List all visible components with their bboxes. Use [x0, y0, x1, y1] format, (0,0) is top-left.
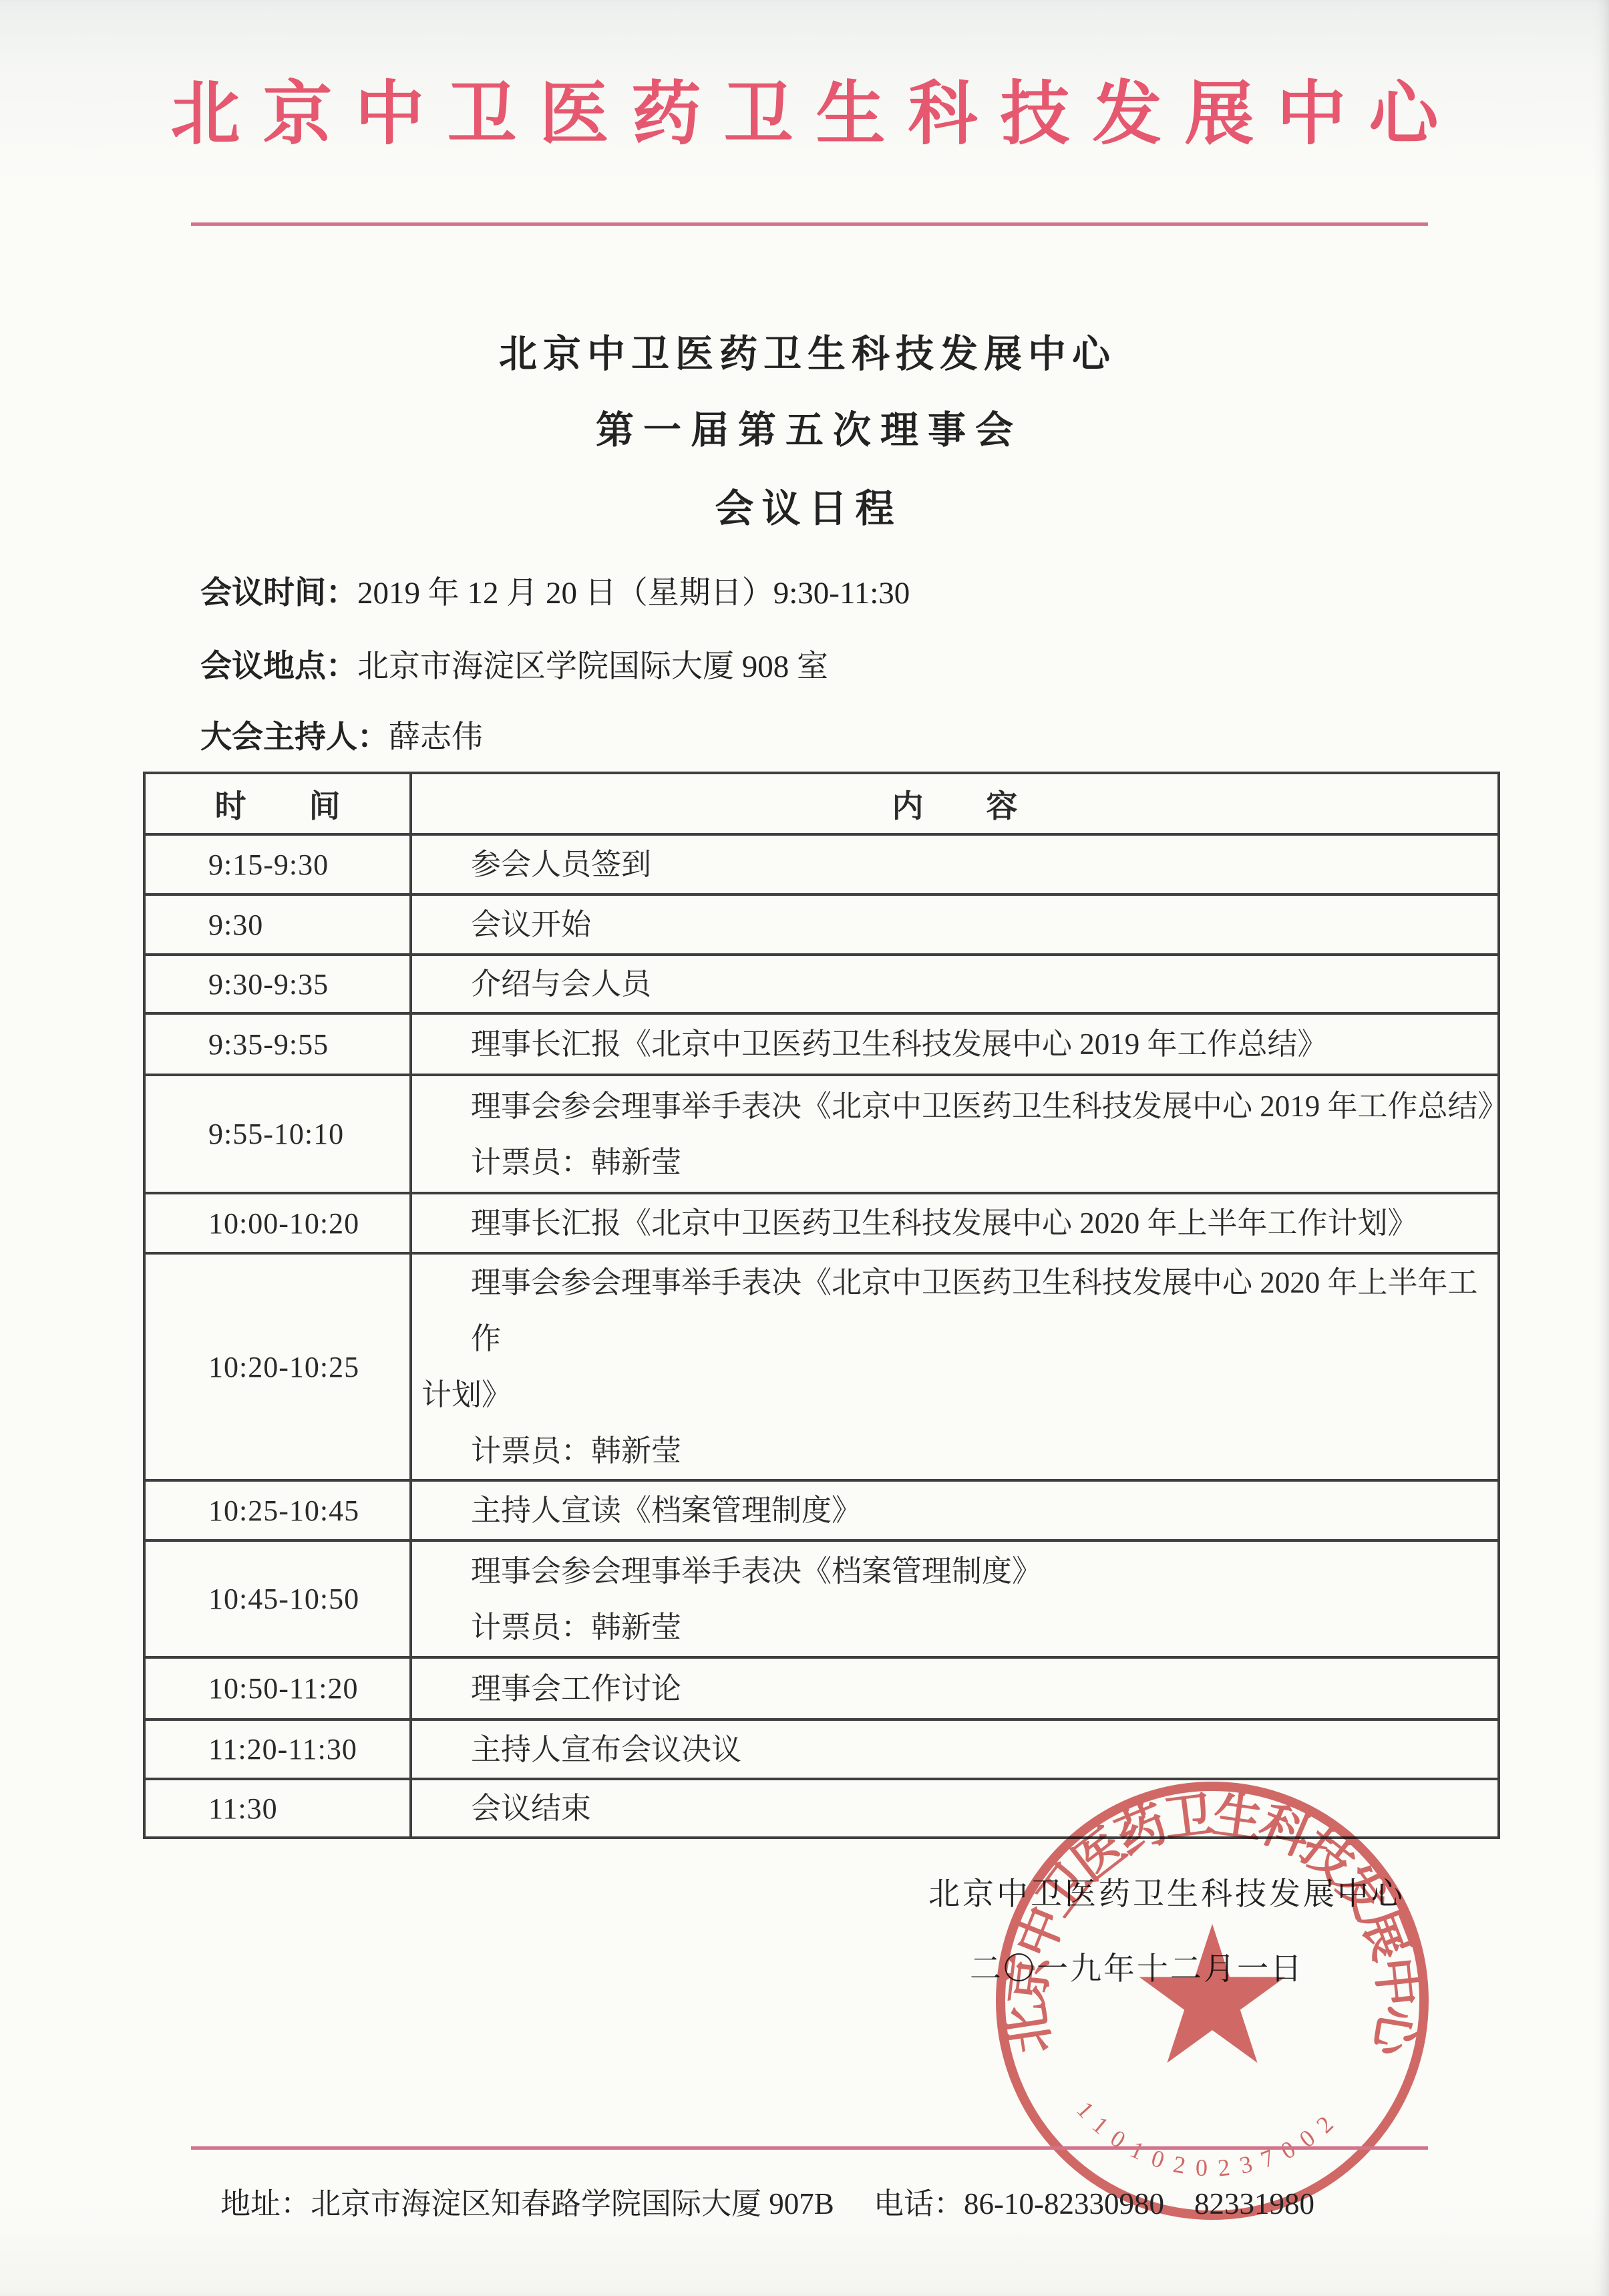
meeting-host-line: 大会主持人：薛志伟 [200, 712, 483, 757]
table-row: 10:50-11:20理事会工作讨论 [144, 1657, 1499, 1719]
agenda-time-cell: 9:30 [144, 894, 411, 955]
footer-address-value: 北京市海淀区知春路学院国际大厦 907B [311, 2187, 834, 2221]
table-row: 9:30会议开始 [144, 894, 1499, 955]
table-row: 9:35-9:55理事长汇报《北京中卫医药卫生科技发展中心 2019 年工作总结… [144, 1013, 1499, 1075]
agenda-content-line: 参会人员签到 [412, 836, 1497, 892]
agenda-time-cell: 10:25-10:45 [144, 1480, 411, 1540]
table-row: 9:55-10:10理事会参会理事举手表决《北京中卫医药卫生科技发展中心 201… [144, 1075, 1499, 1193]
footer-address-line: 地址：北京市海淀区知春路学院国际大厦 907B [220, 2179, 834, 2223]
agenda-time-cell: 10:00-10:20 [144, 1193, 411, 1253]
footer-phone-line: 电话：86-10-82330980 82331980 [874, 2179, 1314, 2223]
meeting-place-value: 北京市海淀区学院国际大厦 908 室 [357, 649, 828, 684]
meeting-place-line: 会议地点：北京市海淀区学院国际大厦 908 室 [200, 641, 828, 686]
agenda-table: 时 间 内 容 9:15-9:30参会人员签到9:30会议开始9:30-9:35… [143, 772, 1500, 1839]
agenda-content-line: 计划》 [412, 1367, 1497, 1423]
agenda-content-cell: 理事会参会理事举手表决《北京中卫医药卫生科技发展中心 2019 年工作总结》计票… [411, 1075, 1499, 1193]
agenda-content-line: 理事会参会理事举手表决《北京中卫医药卫生科技发展中心 2019 年工作总结》 [412, 1078, 1497, 1134]
agenda-content-cell: 理事会参会理事举手表决《北京中卫医药卫生科技发展中心 2020 年上半年工作计划… [411, 1253, 1499, 1480]
agenda-content-cell: 理事长汇报《北京中卫医药卫生科技发展中心 2019 年工作总结》 [411, 1013, 1499, 1075]
agenda-time-cell: 10:20-10:25 [144, 1253, 411, 1480]
agenda-content-cell: 理事会工作讨论 [411, 1657, 1499, 1719]
footer-divider-line [191, 2146, 1428, 2150]
meeting-time-value: 2019 年 12 月 20 日（星期日）9:30-11:30 [357, 576, 910, 611]
meeting-place-label: 会议地点： [200, 649, 357, 684]
agenda-content-cell: 理事会参会理事举手表决《档案管理制度》计票员：韩新莹 [411, 1540, 1499, 1657]
seal-number: 1101020237002 [1071, 2096, 1347, 2182]
agenda-header-time: 时 间 [144, 773, 411, 834]
table-row: 10:20-10:25理事会参会理事举手表决《北京中卫医药卫生科技发展中心 20… [144, 1253, 1499, 1480]
letterhead-org-name: 北京中卫医药卫生科技发展中心 [0, 57, 1609, 158]
meeting-time-label: 会议时间： [200, 576, 357, 611]
agenda-content-cell: 主持人宣布会议决议 [411, 1719, 1499, 1779]
scanned-document-page: 北京中卫医药卫生科技发展中心 北京中卫医药卫生科技发展中心 第一届第五次理事会 … [0, 0, 1609, 2296]
agenda-content-line: 理事长汇报《北京中卫医药卫生科技发展中心 2020 年上半年工作计划》 [412, 1195, 1497, 1251]
agenda-content-cell: 主持人宣读《档案管理制度》 [411, 1480, 1499, 1540]
agenda-content-cell: 介绍与会人员 [411, 955, 1499, 1013]
agenda-content-cell: 会议开始 [411, 894, 1499, 955]
agenda-header-row: 时 间 内 容 [144, 773, 1499, 834]
agenda-content-line: 计票员：韩新莹 [412, 1423, 1497, 1479]
meeting-host-value: 薛志伟 [389, 720, 483, 755]
agenda-content-line: 理事会参会理事举手表决《北京中卫医药卫生科技发展中心 2020 年上半年工作 [412, 1255, 1497, 1367]
agenda-content-line: 理事会参会理事举手表决《档案管理制度》 [412, 1543, 1497, 1599]
document-title-org: 北京中卫医药卫生科技发展中心 [0, 323, 1609, 378]
agenda-time-cell: 10:45-10:50 [144, 1540, 411, 1657]
table-row: 10:25-10:45主持人宣读《档案管理制度》 [144, 1480, 1499, 1540]
agenda-time-cell: 9:35-9:55 [144, 1013, 411, 1075]
agenda-header-content: 内 容 [411, 773, 1499, 834]
document-title-session: 第一届第五次理事会 [0, 399, 1609, 454]
footer-phone-label: 电话： [874, 2187, 964, 2221]
agenda-time-cell: 9:15-9:30 [144, 834, 411, 894]
agenda-content-line: 主持人宣布会议决议 [412, 1721, 1497, 1778]
table-row: 10:00-10:20理事长汇报《北京中卫医药卫生科技发展中心 2020 年上半… [144, 1193, 1499, 1253]
agenda-content-cell: 理事长汇报《北京中卫医药卫生科技发展中心 2020 年上半年工作计划》 [411, 1193, 1499, 1253]
agenda-content-line: 理事会工作讨论 [412, 1661, 1497, 1717]
agenda-content-line: 主持人宣读《档案管理制度》 [412, 1482, 1497, 1538]
table-row: 10:45-10:50理事会参会理事举手表决《档案管理制度》计票员：韩新莹 [144, 1540, 1499, 1657]
document-title-agenda: 会议日程 [0, 477, 1609, 533]
seal-star-icon [1139, 1924, 1286, 2063]
agenda-time-cell: 11:30 [144, 1779, 411, 1838]
agenda-time-cell: 9:30-9:35 [144, 955, 411, 1013]
table-row: 9:30-9:35介绍与会人员 [144, 955, 1499, 1013]
meeting-host-label: 大会主持人： [200, 720, 389, 755]
letterhead-divider-line [191, 222, 1428, 226]
table-row: 9:15-9:30参会人员签到 [144, 834, 1499, 894]
official-seal-stamp: 北京中卫医药卫生科技发展中心 1101020237002 [992, 1780, 1433, 2221]
meeting-time-line: 会议时间：2019 年 12 月 20 日（星期日）9:30-11:30 [200, 568, 910, 613]
footer-address-label: 地址： [220, 2187, 311, 2221]
agenda-content-cell: 参会人员签到 [411, 834, 1499, 894]
agenda-content-line: 会议开始 [412, 896, 1497, 953]
agenda-time-cell: 9:55-10:10 [144, 1075, 411, 1193]
footer-phone-value: 86-10-82330980 82331980 [964, 2187, 1314, 2221]
table-row: 11:20-11:30主持人宣布会议决议 [144, 1719, 1499, 1779]
agenda-content-line: 计票员：韩新莹 [412, 1134, 1497, 1190]
agenda-body: 9:15-9:30参会人员签到9:30会议开始9:30-9:35介绍与会人员9:… [144, 834, 1499, 1838]
agenda-content-line: 理事长汇报《北京中卫医药卫生科技发展中心 2019 年工作总结》 [412, 1016, 1497, 1072]
agenda-content-line: 计票员：韩新莹 [412, 1599, 1497, 1655]
agenda-time-cell: 11:20-11:30 [144, 1719, 411, 1779]
agenda-content-line: 介绍与会人员 [412, 956, 1497, 1012]
agenda-time-cell: 10:50-11:20 [144, 1657, 411, 1719]
